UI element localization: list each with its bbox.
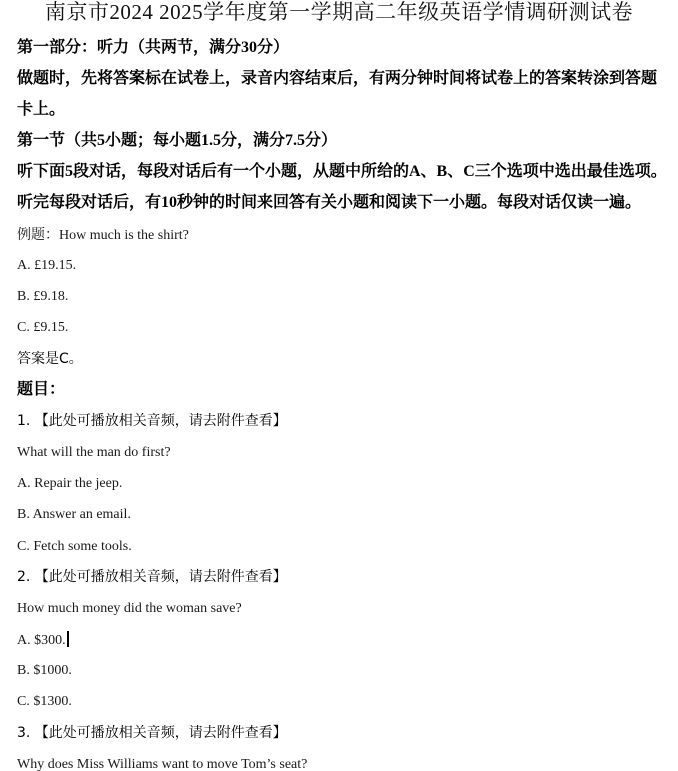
- q1-option-c[interactable]: C. Fetch some tools.: [17, 538, 132, 556]
- example-question: 例题：How much is the shirt?: [17, 226, 189, 245]
- example-question-text: How much is the shirt?: [59, 228, 189, 243]
- part-heading: 第一部分：听力（共两节，满分30分）: [17, 38, 289, 58]
- section-heading: 第一节（共5小题；每小题1.5分，满分7.5分）: [17, 131, 337, 151]
- q2-option-b[interactable]: B. $1000.: [17, 662, 72, 680]
- section-instructions-line-2: 听完每段对话后，有10秒钟的时间来回答有关小题和阅读下一小题。每段对话仅读一遍。: [17, 193, 641, 213]
- q1-option-b[interactable]: B. Answer an email.: [17, 506, 131, 524]
- q2-option-a[interactable]: A. $300.: [17, 633, 66, 648]
- q3-audio-link[interactable]: 3. 【此处可播放相关音频，请去附件查看】: [17, 724, 287, 742]
- q1-audio-link[interactable]: 1. 【此处可播放相关音频，请去附件查看】: [17, 412, 287, 430]
- q2-option-a-row[interactable]: A. $300.: [17, 631, 69, 650]
- document-title: 南京市2024 2025学年度第一学期高二年级英语学情调研测试卷: [0, 0, 678, 24]
- q3-question: Why does Miss Williams want to move Tom’…: [17, 756, 307, 771]
- example-option-c: C. £9.15.: [17, 319, 68, 337]
- example-option-b: B. £9.18.: [17, 288, 68, 306]
- example-option-a: A. £19.15.: [17, 257, 76, 275]
- q2-question: How much money did the woman save?: [17, 600, 242, 618]
- example-answer: 答案是C。: [17, 350, 83, 368]
- q2-option-c[interactable]: C. $1300.: [17, 693, 72, 711]
- section-instructions-line-1: 听下面5段对话，每段对话后有一个小题，从题中所给的A、B、C三个选项中选出最佳选…: [17, 162, 667, 182]
- q1-question: What will the man do first?: [17, 444, 171, 462]
- q2-audio-link[interactable]: 2. 【此处可播放相关音频，请去附件查看】: [17, 568, 287, 586]
- instructions-line-2: 卡上。: [17, 100, 65, 120]
- instructions-line-1: 做题时，先将答案标在试卷上，录音内容结束后，有两分钟时间将试卷上的答案转涂到答题: [17, 69, 657, 89]
- text-cursor: [67, 631, 69, 647]
- questions-heading: 题目：: [17, 380, 65, 400]
- example-label: 例题：: [17, 227, 59, 243]
- q1-option-a[interactable]: A. Repair the jeep.: [17, 475, 122, 493]
- document-page: 南京市2024 2025学年度第一学期高二年级英语学情调研测试卷 第一部分：听力…: [0, 0, 678, 771]
